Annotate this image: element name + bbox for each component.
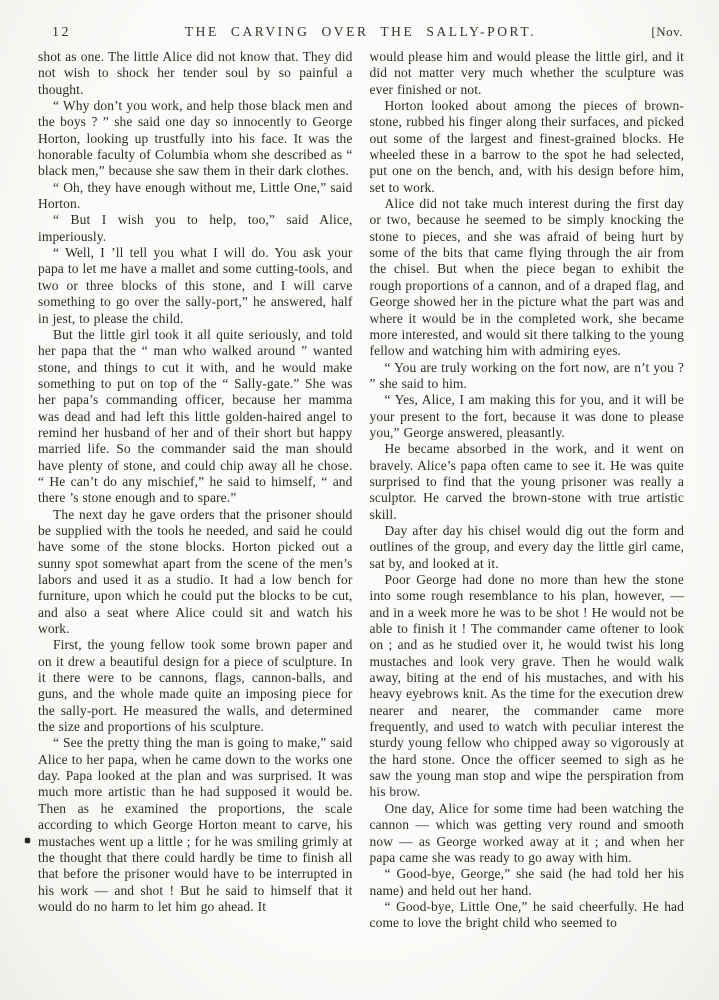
paragraph: “ Well, I ’ll tell you what I will do. Y… <box>38 245 353 327</box>
paragraph: The next day he gave orders that the pri… <box>38 507 353 638</box>
paragraph: shot as one. The little Alice did not kn… <box>38 49 353 98</box>
book-page: 12 THE CARVING OVER THE SALLY-PORT. [Nov… <box>0 0 719 1000</box>
paragraph: One day, Alice for some time had been wa… <box>370 801 685 866</box>
running-head: 12 THE CARVING OVER THE SALLY-PORT. [Nov… <box>38 24 683 42</box>
paragraph: would please him and would please the li… <box>370 49 685 98</box>
paragraph: “ Good-bye, Little One,” he said cheerfu… <box>370 899 685 932</box>
ink-speck <box>25 838 30 843</box>
paragraph: Alice did not take much interest during … <box>370 196 685 359</box>
paragraph: “ You are truly working on the fort now,… <box>370 360 685 393</box>
paragraph: First, the young fellow took some brown … <box>38 637 353 735</box>
paragraph: “ See the pretty thing the man is going … <box>38 735 353 915</box>
paragraph: He became absorbed in the work, and it w… <box>370 441 685 523</box>
text-columns: shot as one. The little Alice did not kn… <box>38 49 684 932</box>
paragraph: But the little girl took it all quite se… <box>38 327 353 507</box>
paragraph: Day after day his chisel would dig out t… <box>370 523 685 572</box>
paragraph: “ But I wish you to help, too,” said Ali… <box>38 212 353 245</box>
paragraph: Horton looked about among the pieces of … <box>370 98 685 196</box>
column-right: would please him and would please the li… <box>370 49 685 932</box>
paragraph: “ Good-bye, George,” she said (he had to… <box>370 866 685 899</box>
issue-label: [Nov. <box>651 24 683 40</box>
paragraph: “ Oh, they have enough without me, Littl… <box>38 180 353 213</box>
paragraph: “ Why don’t you work, and help those bla… <box>38 98 353 180</box>
page-title: THE CARVING OVER THE SALLY-PORT. <box>38 24 683 40</box>
paragraph: Poor George had done no more than hew th… <box>370 572 685 801</box>
column-left: shot as one. The little Alice did not kn… <box>38 49 353 932</box>
paragraph: “ Yes, Alice, I am making this for you, … <box>370 392 685 441</box>
